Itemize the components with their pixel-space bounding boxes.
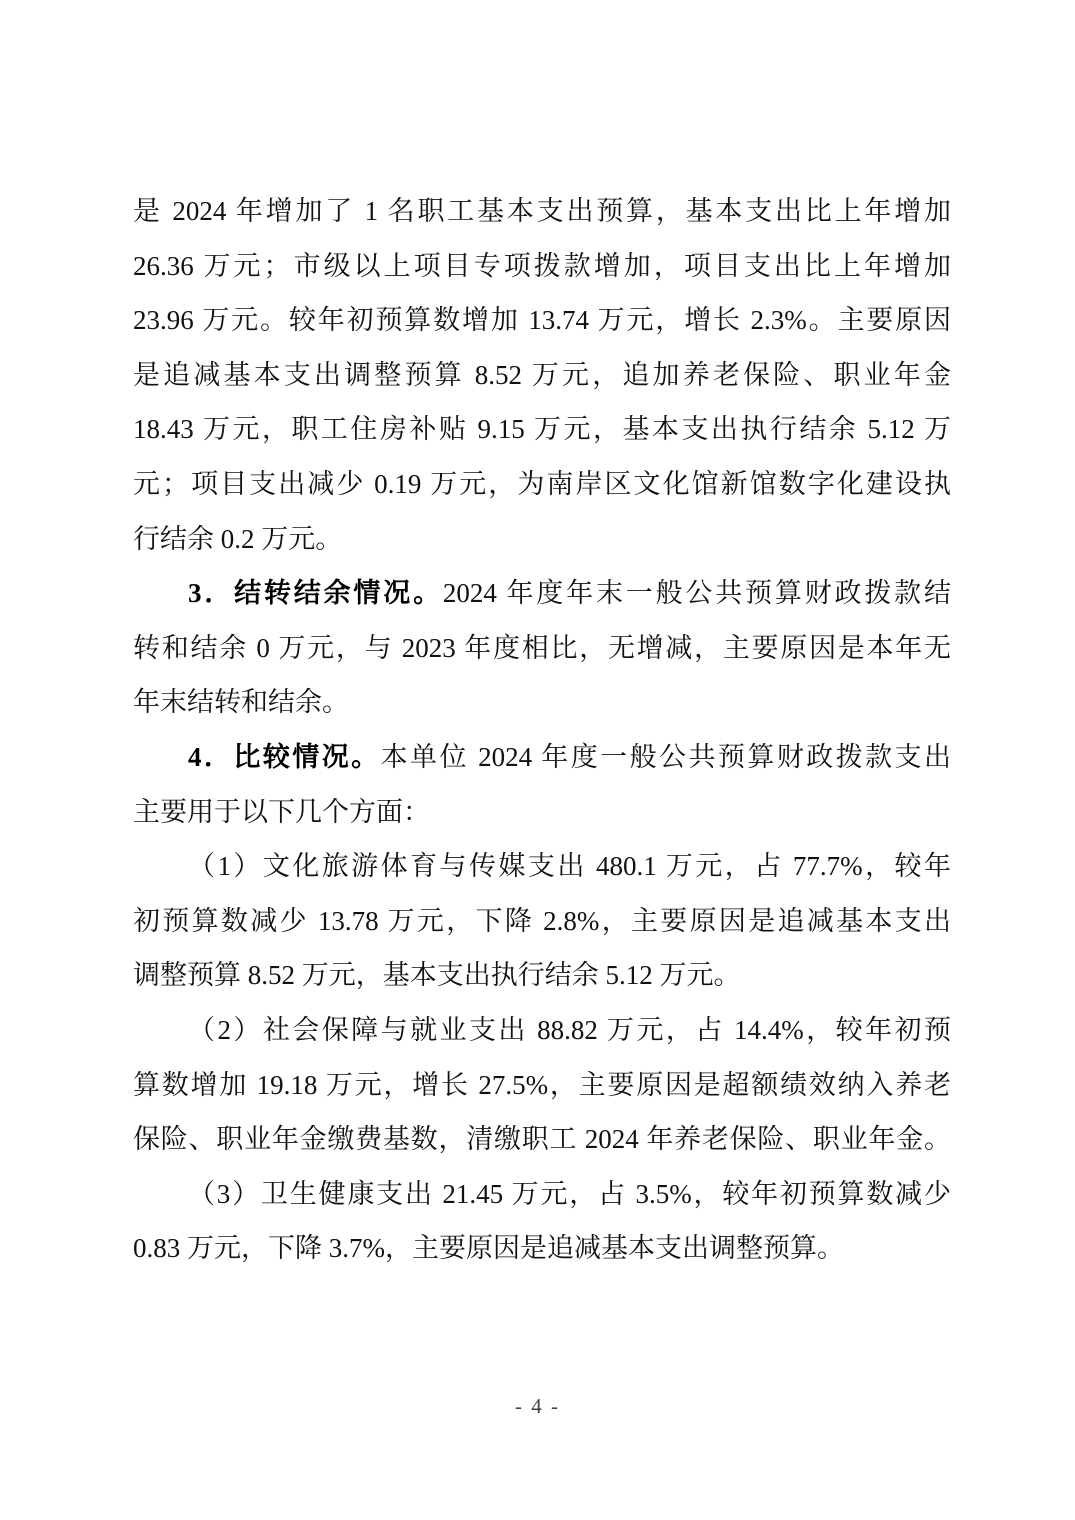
text-line: 3．结转结余情况。2024 年度年末一般公共预算财政拨款结 bbox=[133, 566, 951, 621]
body-text: 2024 年度年末一般公共预算财政拨款结 bbox=[443, 578, 951, 608]
text-line: 0.83 万元，下降 3.7%，主要原因是追减基本支出调整预算。 bbox=[133, 1221, 951, 1276]
body-text: 18.43 万元，职工住房补贴 9.15 万元，基本支出执行结余 5.12 万 bbox=[133, 414, 951, 444]
page-number: - 4 - bbox=[0, 1394, 1075, 1419]
body-text: 0.83 万元，下降 3.7%，主要原因是追减基本支出调整预算。 bbox=[133, 1233, 844, 1263]
text-line: 是追减基本支出调整预算 8.52 万元，追加养老保险、职业年金 bbox=[133, 348, 951, 403]
body-text: 是 2024 年增加了 1 名职工基本支出预算，基本支出比上年增加 bbox=[133, 196, 951, 226]
body-text: （3）卫生健康支出 21.45 万元，占 3.5%，较年初预算数减少 bbox=[188, 1179, 951, 1209]
text-line: 转和结余 0 万元，与 2023 年度相比，无增减，主要原因是本年无 bbox=[133, 621, 951, 676]
body-text: 行结余 0.2 万元。 bbox=[133, 524, 342, 554]
text-line: 4．比较情况。本单位 2024 年度一般公共预算财政拨款支出 bbox=[133, 730, 951, 785]
text-line: 元；项目支出减少 0.19 万元，为南岸区文化馆新馆数字化建设执 bbox=[133, 457, 951, 512]
section-heading: 4．比较情况。 bbox=[188, 742, 381, 772]
body-text: 转和结余 0 万元，与 2023 年度相比，无增减，主要原因是本年无 bbox=[133, 633, 951, 663]
body-text: 算数增加 19.18 万元，增长 27.5%，主要原因是超额绩效纳入养老 bbox=[133, 1070, 951, 1100]
text-line: 算数增加 19.18 万元，增长 27.5%，主要原因是超额绩效纳入养老 bbox=[133, 1058, 951, 1113]
text-line: 年末结转和结余。 bbox=[133, 675, 951, 730]
body-text: 主要用于以下几个方面： bbox=[133, 797, 430, 827]
body-text: 本单位 2024 年度一般公共预算财政拨款支出 bbox=[381, 742, 951, 772]
text-line: 18.43 万元，职工住房补贴 9.15 万元，基本支出执行结余 5.12 万 bbox=[133, 402, 951, 457]
body-text: 26.36 万元；市级以上项目专项拨款增加，项目支出比上年增加 bbox=[133, 251, 951, 281]
text-line: 是 2024 年增加了 1 名职工基本支出预算，基本支出比上年增加 bbox=[133, 184, 951, 239]
text-line: （3）卫生健康支出 21.45 万元，占 3.5%，较年初预算数减少 bbox=[133, 1167, 951, 1222]
body-text: （2）社会保障与就业支出 88.82 万元，占 14.4%，较年初预 bbox=[188, 1015, 951, 1045]
text-line: 保险、职业年金缴费基数，清缴职工 2024 年养老保险、职业年金。 bbox=[133, 1112, 951, 1167]
text-line: （1）文化旅游体育与传媒支出 480.1 万元，占 77.7%，较年 bbox=[133, 839, 951, 894]
section-heading: 3．结转结余情况。 bbox=[188, 578, 443, 608]
text-line: 初预算数减少 13.78 万元，下降 2.8%，主要原因是追减基本支出 bbox=[133, 894, 951, 949]
text-line: 调整预算 8.52 万元，基本支出执行结余 5.12 万元。 bbox=[133, 948, 951, 1003]
body-text: 初预算数减少 13.78 万元，下降 2.8%，主要原因是追减基本支出 bbox=[133, 906, 951, 936]
document-body: 是 2024 年增加了 1 名职工基本支出预算，基本支出比上年增加26.36 万… bbox=[133, 184, 951, 1276]
text-line: （2）社会保障与就业支出 88.82 万元，占 14.4%，较年初预 bbox=[133, 1003, 951, 1058]
body-text: 元；项目支出减少 0.19 万元，为南岸区文化馆新馆数字化建设执 bbox=[133, 469, 951, 499]
body-text: 保险、职业年金缴费基数，清缴职工 2024 年养老保险、职业年金。 bbox=[133, 1124, 951, 1154]
text-line: 主要用于以下几个方面： bbox=[133, 785, 951, 840]
body-text: （1）文化旅游体育与传媒支出 480.1 万元，占 77.7%，较年 bbox=[188, 851, 951, 881]
body-text: 调整预算 8.52 万元，基本支出执行结余 5.12 万元。 bbox=[133, 960, 741, 990]
text-line: 23.96 万元。较年初预算数增加 13.74 万元，增长 2.3%。主要原因 bbox=[133, 293, 951, 348]
text-line: 26.36 万元；市级以上项目专项拨款增加，项目支出比上年增加 bbox=[133, 239, 951, 294]
document-page: 是 2024 年增加了 1 名职工基本支出预算，基本支出比上年增加26.36 万… bbox=[0, 0, 1075, 1520]
body-text: 23.96 万元。较年初预算数增加 13.74 万元，增长 2.3%。主要原因 bbox=[133, 305, 951, 335]
text-line: 行结余 0.2 万元。 bbox=[133, 512, 951, 567]
body-text: 是追减基本支出调整预算 8.52 万元，追加养老保险、职业年金 bbox=[133, 360, 951, 390]
body-text: 年末结转和结余。 bbox=[133, 687, 349, 717]
